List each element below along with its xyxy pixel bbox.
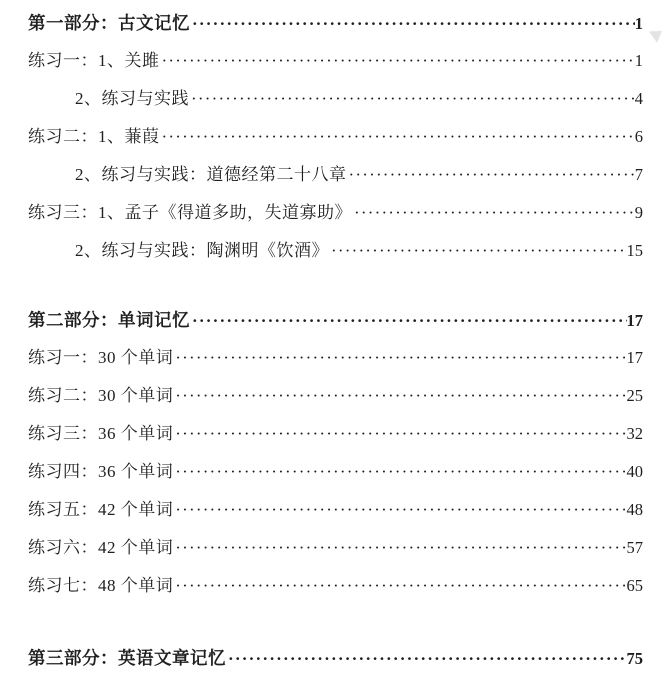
toc-item-row: 练习二：30 个单词······························… [28, 377, 643, 415]
toc-entry-label: 练习三：36 个单词 [28, 415, 173, 453]
toc-page: 第一部分：古文记忆·······························… [0, 0, 669, 687]
page-number: 1 [635, 5, 643, 43]
page-number: 75 [627, 640, 644, 678]
toc-entry-label: 练习五：42 个单词 [28, 491, 173, 529]
page-number: 9 [635, 194, 643, 232]
toc-entry-label: 练习四：36 个单词 [28, 453, 173, 491]
dot-leader: ········································… [175, 339, 626, 377]
toc-item-row: 练习三：1、孟子《得道多助，失道寡助》·····················… [28, 194, 643, 232]
toc-item-row: 练习一：30 个单词······························… [28, 339, 643, 377]
toc-section: 第二部分：单词记忆·······························… [28, 301, 643, 605]
page-number: 40 [627, 453, 644, 491]
toc-item-row: 2、练习与实践·································… [28, 80, 643, 118]
dot-leader: ········································… [175, 567, 626, 605]
dot-leader: ········································… [175, 491, 626, 529]
page-number: 25 [627, 377, 644, 415]
dot-leader: ········································… [175, 453, 626, 491]
table-of-contents: 第一部分：古文记忆·······························… [28, 4, 643, 677]
toc-item-row: 练习一：1、关雎································… [28, 42, 643, 80]
toc-entry-label: 练习三：1、孟子《得道多助，失道寡助》 [28, 194, 352, 232]
toc-heading-label: 第一部分：古文记忆 [28, 4, 190, 42]
page-number: 32 [627, 415, 644, 453]
page-number: 48 [627, 491, 644, 529]
toc-entry-label: 练习七：48 个单词 [28, 567, 173, 605]
toc-heading-label: 第二部分：单词记忆 [28, 301, 190, 339]
dot-leader: ········································… [349, 156, 635, 194]
toc-item-row: 2、练习与实践：陶渊明《饮酒》·························… [28, 232, 643, 270]
dot-leader: ········································… [192, 302, 627, 340]
dot-leader: ········································… [162, 118, 635, 156]
toc-item-row: 练习三：36 个单词······························… [28, 415, 643, 453]
scan-smudge-artifact [649, 25, 666, 43]
toc-entry-label: 练习一：1、关雎 [28, 42, 160, 80]
dot-leader: ········································… [175, 415, 626, 453]
dot-leader: ········································… [191, 80, 635, 118]
toc-item-row: 练习六：42 个单词······························… [28, 529, 643, 567]
toc-heading-row: 第一部分：古文记忆·······························… [28, 4, 643, 42]
toc-entry-label: 练习一：30 个单词 [28, 339, 173, 377]
dot-leader: ········································… [162, 42, 635, 80]
page-number: 1 [635, 42, 643, 80]
dot-leader: ········································… [354, 194, 635, 232]
toc-item-row: 练习七：48 个单词······························… [28, 567, 643, 605]
dot-leader: ········································… [331, 232, 627, 270]
toc-item-row: 2、练习与实践：道德经第二十八章························… [28, 156, 643, 194]
dot-leader: ········································… [175, 529, 626, 567]
toc-item-row: 练习五：42 个单词······························… [28, 491, 643, 529]
toc-entry-label: 练习二：30 个单词 [28, 377, 173, 415]
toc-entry-label: 练习六：42 个单词 [28, 529, 173, 567]
toc-item-row: 练习二：1、蒹葭································… [28, 118, 643, 156]
toc-entry-label: 2、练习与实践：道德经第二十八章 [75, 156, 347, 194]
toc-heading-row: 第二部分：单词记忆·······························… [28, 301, 643, 339]
toc-heading-row: 第三部分：英语文章记忆·····························… [28, 639, 643, 677]
toc-section: 第一部分：古文记忆·······························… [28, 4, 643, 270]
dot-leader: ········································… [228, 640, 627, 678]
toc-section: 第三部分：英语文章记忆·····························… [28, 639, 643, 677]
page-number: 6 [635, 118, 643, 156]
page-number: 65 [627, 567, 644, 605]
toc-heading-label: 第三部分：英语文章记忆 [28, 639, 226, 677]
toc-entry-label: 练习二：1、蒹葭 [28, 118, 160, 156]
toc-entry-label: 2、练习与实践：陶渊明《饮酒》 [75, 232, 329, 270]
toc-entry-label: 2、练习与实践 [75, 80, 189, 118]
dot-leader: ········································… [175, 377, 626, 415]
page-number: 57 [627, 529, 644, 567]
page-number: 17 [627, 339, 644, 377]
page-number: 17 [627, 302, 644, 340]
page-number: 15 [627, 232, 644, 270]
dot-leader: ········································… [192, 5, 635, 43]
page-number: 7 [635, 156, 643, 194]
page-number: 4 [635, 80, 643, 118]
toc-item-row: 练习四：36 个单词······························… [28, 453, 643, 491]
